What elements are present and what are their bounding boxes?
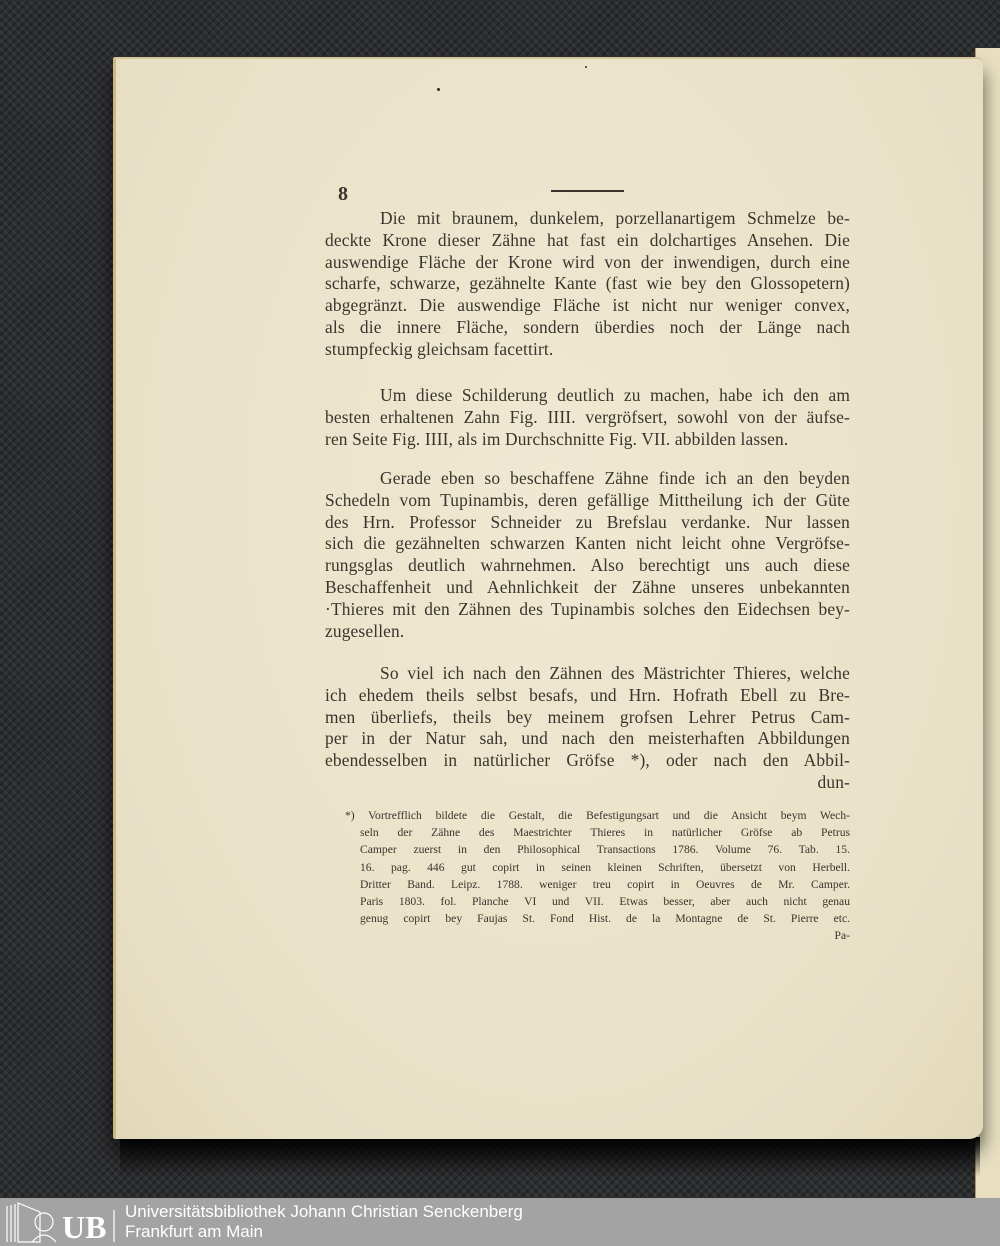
institution-city: Frankfurt am Main: [125, 1222, 523, 1242]
institution-name: Universitätsbibliothek Johann Christian …: [125, 1202, 523, 1222]
text-line: besten erhaltenen Zahn Fig. IIII. vergrö…: [325, 407, 850, 429]
text-line: des Hrn. Professor Schneider zu Brefslau…: [325, 512, 850, 534]
text-line: men überliefs, theils bey meinem grofsen…: [325, 707, 850, 729]
text-line: ·Thieres mit den Zähnen des Tupinambis s…: [325, 599, 850, 621]
footnote: *) Vortrefflich bildete die Gestalt, die…: [345, 807, 850, 945]
text-line: scharfe, schwarze, gezähnelte Kante (fas…: [325, 273, 850, 295]
text-line: stumpfeckig gleichsam facettirt.: [325, 339, 850, 361]
text-line: zugesellen.: [325, 621, 850, 643]
catchword: dun-: [325, 772, 850, 794]
text-line: auswendige Fläche der Krone wird von der…: [325, 252, 850, 274]
library-name: Universitätsbibliothek Johann Christian …: [125, 1202, 523, 1242]
footnote-line: seln der Zähne des Maestrichter Thieres …: [345, 824, 850, 841]
footnote-line: genug copirt bey Faujas St. Fond Hist. d…: [345, 910, 850, 927]
library-footer-bar: UB Universitätsbibliothek Johann Christi…: [0, 1198, 1000, 1246]
footnote-line: *) Vortrefflich bildete die Gestalt, die…: [345, 807, 850, 824]
text-line: ren Seite Fig. IIII, als im Durchschnitt…: [325, 429, 850, 451]
footnote-catchword: Pa-: [345, 927, 850, 944]
text-line: als die innere Fläche, sondern überdies …: [325, 317, 850, 339]
paragraph-4: So viel ich nach den Zähnen des Mästrich…: [325, 663, 850, 794]
text-line: rungsglas deutlich wahrnehmen. Also bere…: [325, 555, 850, 577]
footnote-line: 16. pag. 446 gut copirt in seinen kleine…: [345, 859, 850, 876]
header-rule: [551, 190, 624, 192]
page-number: 8: [338, 183, 348, 206]
text-line: Um diese Schilderung deutlich zu machen,…: [325, 385, 850, 407]
paragraph-3: Gerade eben so beschaffene Zähne finde i…: [325, 468, 850, 642]
page-shadow: [120, 1137, 980, 1177]
paragraph-1: Die mit braunem, dunkelem, porzellanarti…: [325, 208, 850, 361]
text-line: ich ehedem theils selbst besafs, und Hrn…: [325, 685, 850, 707]
footnote-line: Dritter Band. Leipz. 1788. weniger treu …: [345, 876, 850, 893]
speck: [585, 66, 587, 68]
text-line: So viel ich nach den Zähnen des Mästrich…: [325, 663, 850, 685]
text-line: Gerade eben so beschaffene Zähne finde i…: [325, 468, 850, 490]
text-line: ebendesselben in natürlicher Gröfse *), …: [325, 750, 850, 772]
text-line: Die mit braunem, dunkelem, porzellanarti…: [325, 208, 850, 230]
text-line: per in der Natur sah, und nach den meist…: [325, 728, 850, 750]
text-line: deckte Krone dieser Zähne hat fast ein d…: [325, 230, 850, 252]
text-line: sich die gezähnelten schwarzen Kanten ni…: [325, 533, 850, 555]
text-line: Beschaffenheit und Aehnlichkeit der Zähn…: [325, 577, 850, 599]
text-line: abgegränzt. Die auswendige Fläche ist ni…: [325, 295, 850, 317]
footnote-line: Paris 1803. fol. Planche VI und VII. Etw…: [345, 893, 850, 910]
svg-text:UB: UB: [62, 1209, 106, 1244]
footnote-line: Camper zuerst in den Philosophical Trans…: [345, 841, 850, 858]
paragraph-2: Um diese Schilderung deutlich zu machen,…: [325, 385, 850, 450]
ub-logo-icon: UB: [4, 1200, 116, 1244]
page-header: 8: [338, 183, 638, 205]
text-line: Schedeln vom Tupinambis, deren gefällige…: [325, 490, 850, 512]
speck: [437, 88, 440, 91]
